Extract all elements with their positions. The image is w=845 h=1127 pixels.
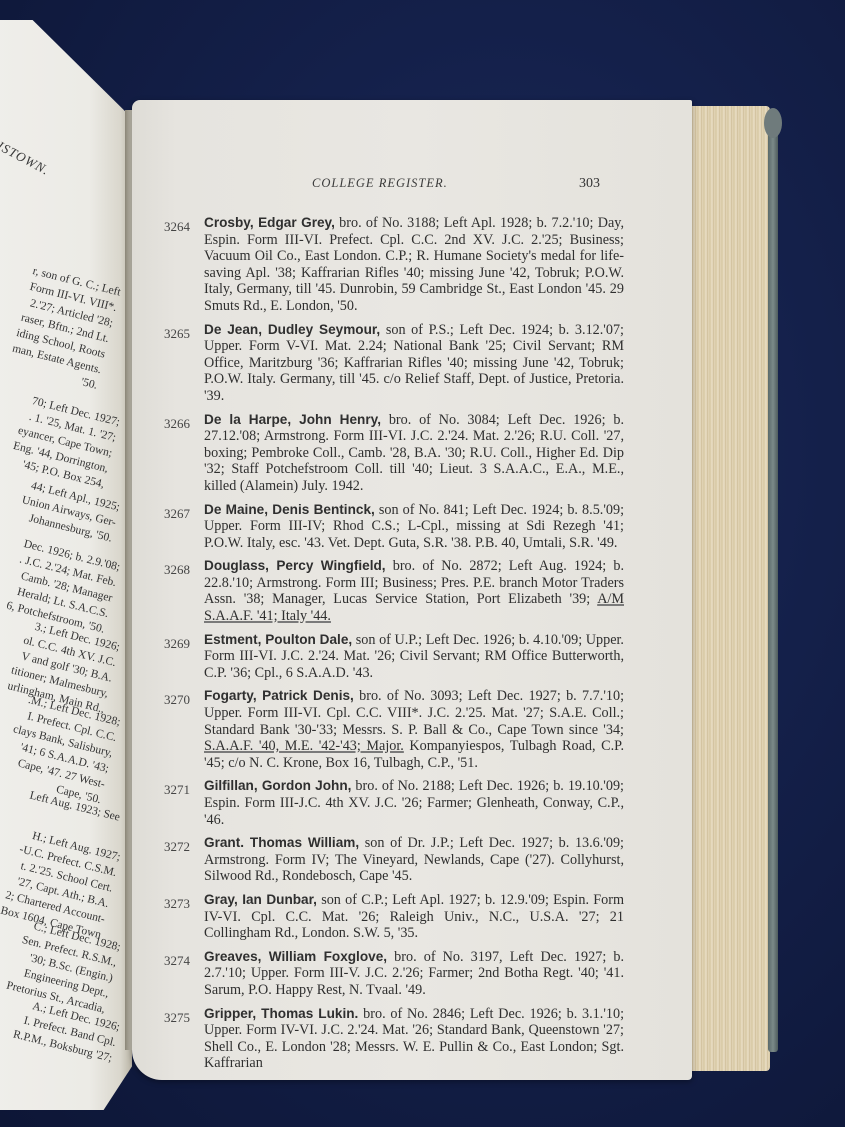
bookmark-ribbon-icon: [764, 108, 782, 138]
left-page: ISTOWN. r, son of G. C.; LeftForm III-VI…: [0, 20, 132, 1110]
register-entry: 3275 Gripper, Thomas Lukin. bro. of No. …: [164, 1006, 624, 1072]
entry-name: Gilfillan, Gordon John,: [204, 778, 351, 793]
entry-number: 3266: [164, 416, 190, 433]
entry-name: Crosby, Edgar Grey,: [204, 215, 335, 230]
entry-number: 3265: [164, 326, 190, 343]
entry-name: Fogarty, Patrick Denis,: [204, 688, 354, 703]
entry-number: 3264: [164, 219, 190, 236]
entry-number: 3270: [164, 692, 190, 709]
entry-name: De la Harpe, John Henry,: [204, 412, 381, 427]
register-entry: 3264 Crosby, Edgar Grey, bro. of No. 318…: [164, 215, 624, 315]
entry-number: 3275: [164, 1010, 190, 1027]
register-entry: 3266 De la Harpe, John Henry, bro. of No…: [164, 412, 624, 495]
entry-name: Douglass, Percy Wingfield,: [204, 558, 386, 573]
entry-number: 3274: [164, 953, 190, 970]
entry-number: 3268: [164, 562, 190, 579]
register-entry: 3271 Gilfillan, Gordon John, bro. of No.…: [164, 778, 624, 828]
entry-name: Estment, Poulton Dale,: [204, 632, 352, 647]
register-entry: 3270 Fogarty, Patrick Denis, bro. of No.…: [164, 688, 624, 771]
entry-name: Gray, Ian Dunbar,: [204, 892, 317, 907]
entry-number: 3272: [164, 839, 190, 856]
running-head: COLLEGE REGISTER. 303: [180, 176, 600, 196]
page-number: 303: [579, 176, 600, 192]
register-entry: 3268 Douglass, Percy Wingfield, bro. of …: [164, 558, 624, 624]
left-page-text-fragment: r, son of G. C.; LeftForm III-VI. VIII*.…: [6, 263, 122, 394]
register-entry: 3267 De Maine, Denis Bentinck, son of No…: [164, 502, 624, 552]
entry-number: 3269: [164, 636, 190, 653]
left-page-text-fragment: 44; Left Apl., 1925;Union Airways, Ger-J…: [17, 477, 122, 547]
register-entry: 3274 Greaves, William Foxglove, bro. of …: [164, 949, 624, 999]
left-page-text-fragment: 70; Left Dec. 1927;. 1. '25, Mat. 1. '27…: [8, 391, 122, 492]
register-entry: 3272 Grant. Thomas William, son of Dr. J…: [164, 835, 624, 885]
entry-number: 3267: [164, 506, 190, 523]
register-entry: 3269 Estment, Poulton Dale, son of U.P.;…: [164, 632, 624, 682]
entry-name: Gripper, Thomas Lukin.: [204, 1006, 358, 1021]
entry-name: De Maine, Denis Bentinck,: [204, 502, 375, 517]
register-entries: 3264 Crosby, Edgar Grey, bro. of No. 318…: [164, 215, 624, 1079]
entry-number: 3273: [164, 896, 190, 913]
entry-name: Grant. Thomas William,: [204, 835, 359, 850]
book-cover-edge: [768, 112, 778, 1052]
entry-name: De Jean, Dudley Seymour,: [204, 322, 380, 337]
page-block-edges: [690, 106, 770, 1071]
register-entry: 3265 De Jean, Dudley Seymour, son of P.S…: [164, 322, 624, 405]
running-title: COLLEGE REGISTER.: [312, 176, 448, 191]
left-running-head: ISTOWN.: [0, 138, 52, 179]
book-photo: ISTOWN. r, son of G. C.; LeftForm III-VI…: [0, 0, 845, 1127]
entry-name: Greaves, William Foxglove,: [204, 949, 387, 964]
entry-number: 3271: [164, 782, 190, 799]
register-entry: 3273 Gray, Ian Dunbar, son of C.P.; Left…: [164, 892, 624, 942]
